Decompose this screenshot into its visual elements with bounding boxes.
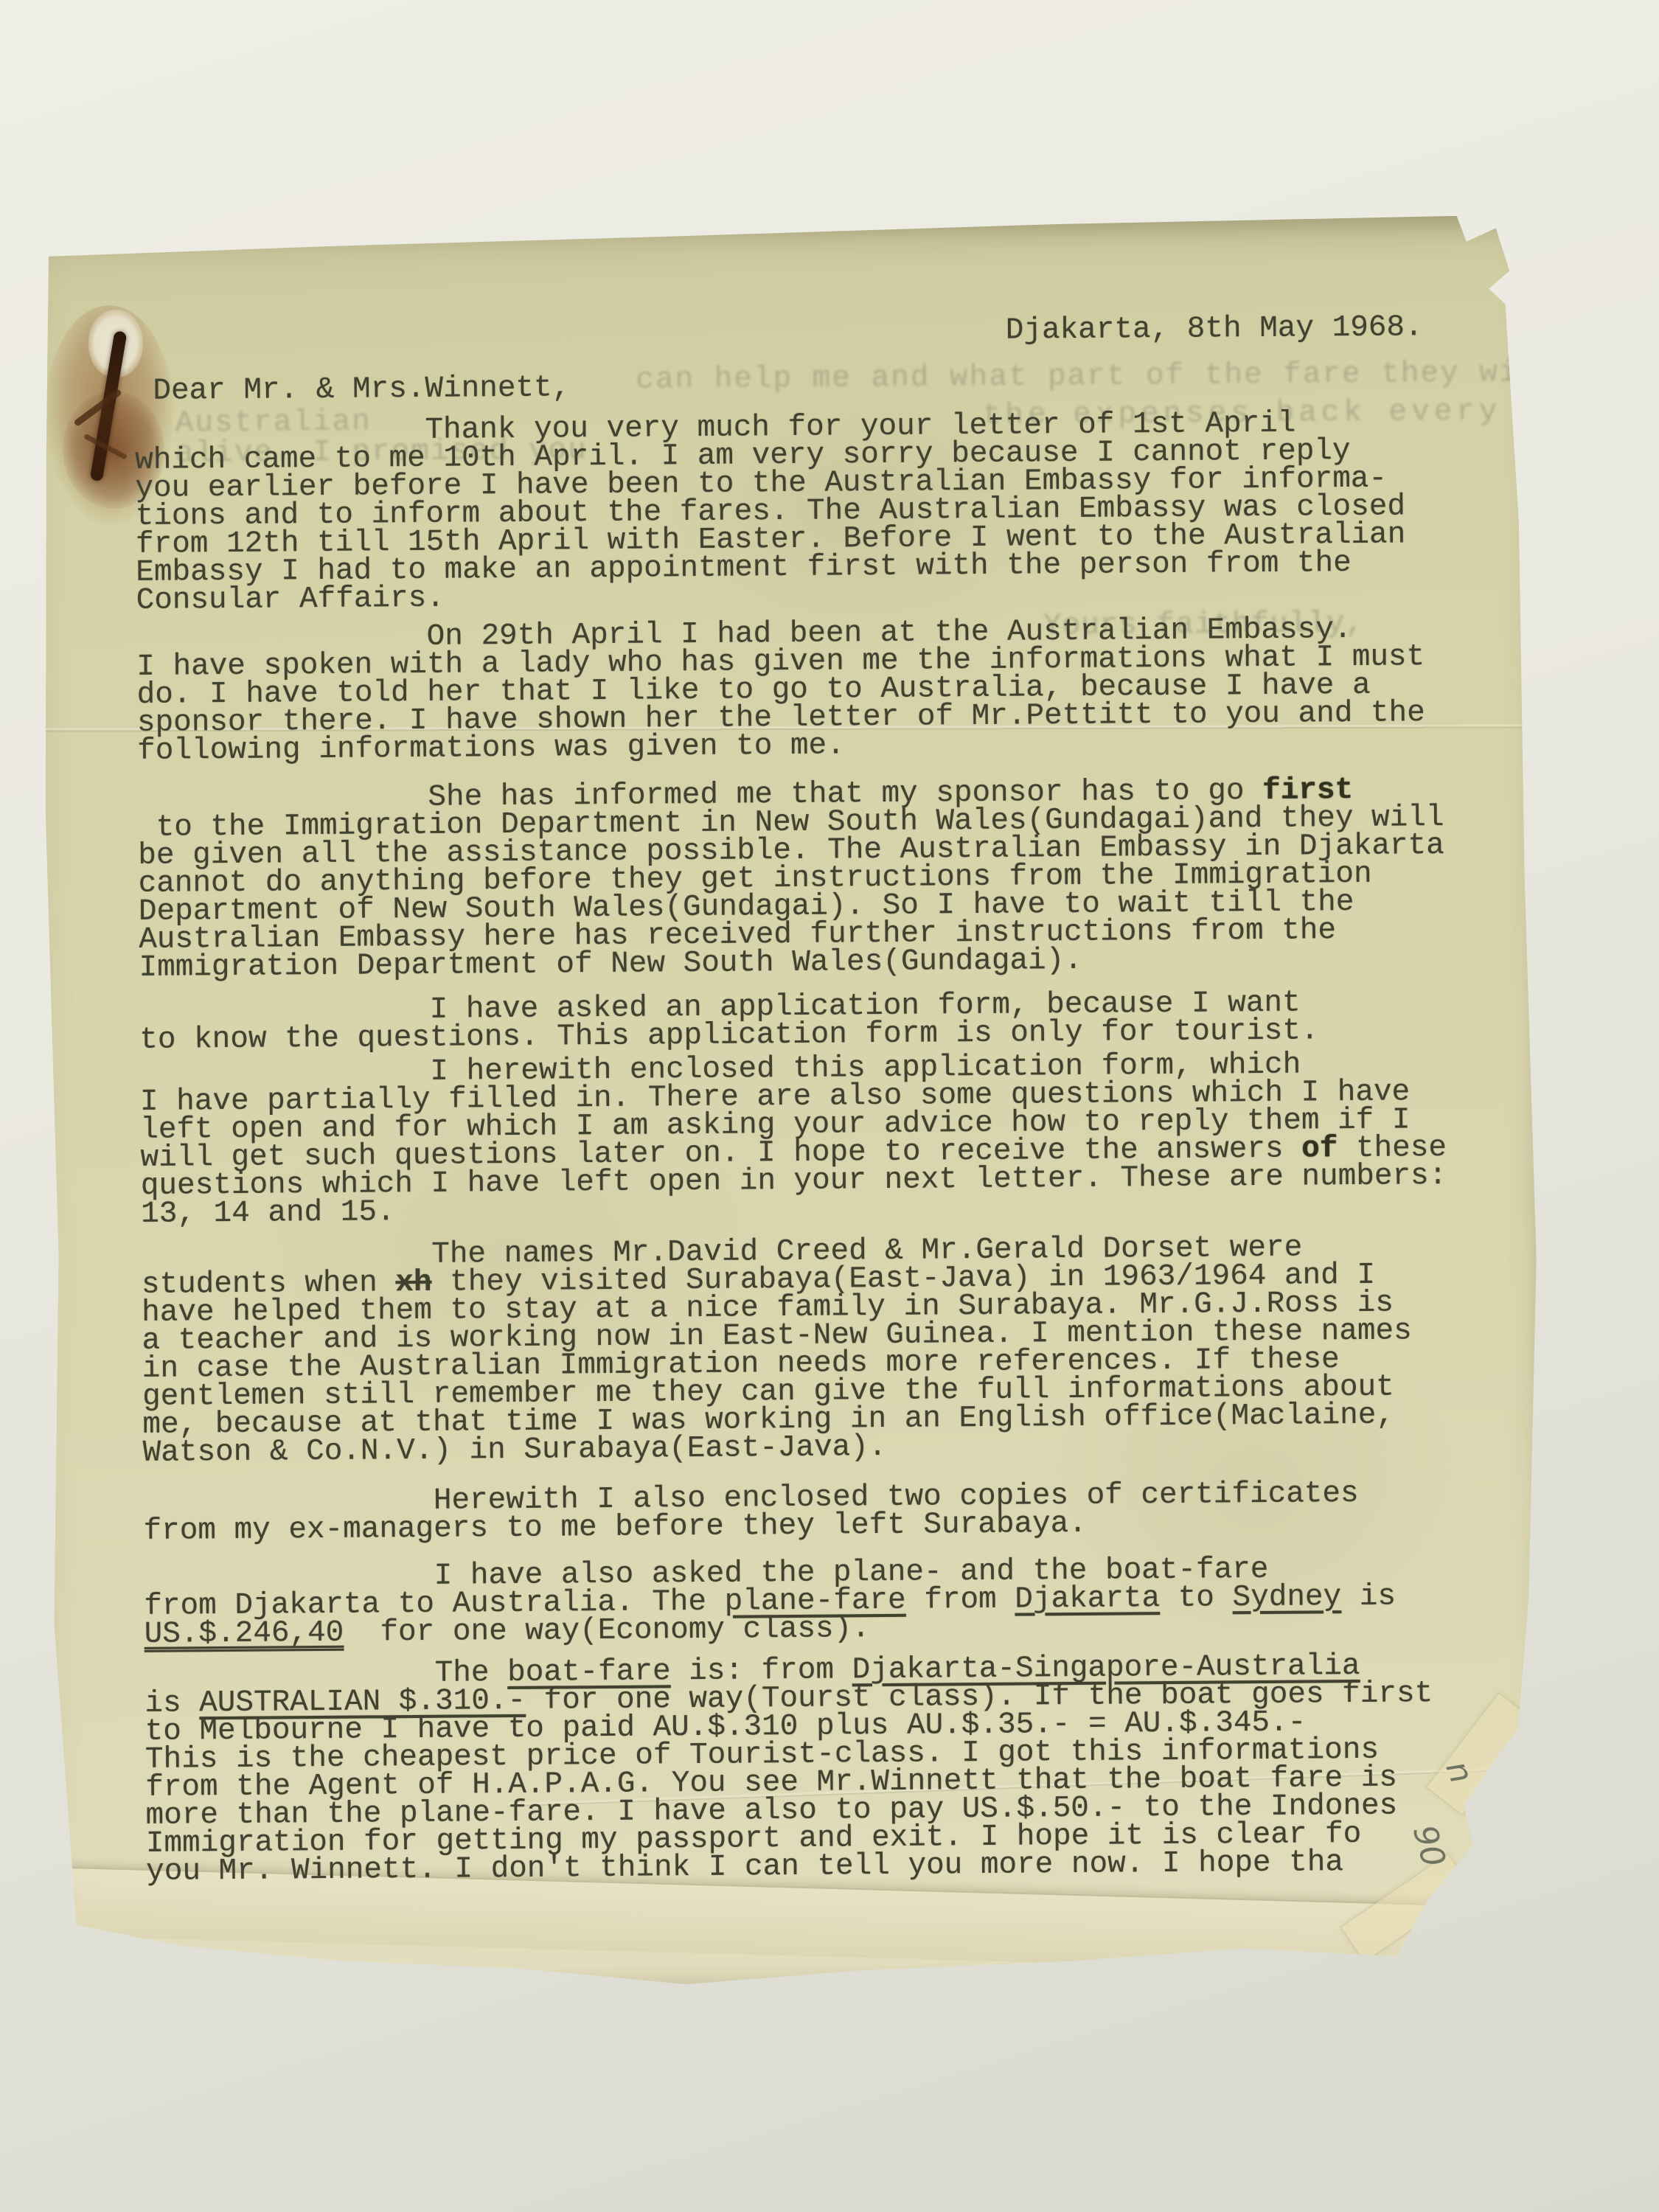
photo-background: { "letter": { "date_line": "Djakarta, 8t… (0, 0, 1659, 2212)
typed-line: following informations was given to me. (137, 726, 1538, 765)
typed-line: US.$.246,40 for one way(Economy class). (144, 1610, 1545, 1649)
paragraph: The names Mr.David Creed & Mr.Gerald Dor… (141, 1232, 1543, 1467)
paragraph: I herewith enclosed this application for… (140, 1049, 1543, 1228)
letter-paper: can help me and what part of the fare th… (23, 212, 1556, 1993)
paragraph: Herewith I also enclosed two copies of c… (143, 1478, 1545, 1545)
paragraph: On 29th April I had been at the Australi… (136, 614, 1538, 765)
burn-mark (23, 212, 1542, 223)
paragraph: The boat-fare is: from Djakarta-Singapor… (145, 1651, 1547, 1886)
typed-line: Immigration Department of New South Wale… (139, 943, 1540, 982)
typed-line: from my ex-managers to me before they le… (143, 1506, 1544, 1545)
pencil-marks-layer: n90 (23, 212, 1542, 223)
ghost-fragment: can help me and what part of the fare th… (636, 359, 1558, 394)
typed-line: to know the questions. This application … (139, 1015, 1540, 1054)
letter-body: Thank you very much for your letter of 1… (135, 408, 1548, 1886)
ghost-text-layer: can help me and what part of the fare th… (23, 212, 1542, 223)
typed-line: you Mr. Winnett. I don't think I can tel… (146, 1847, 1547, 1886)
paragraph: Thank you very much for your letter of 1… (135, 408, 1537, 615)
paragraph: I have asked an application form, becaus… (139, 987, 1541, 1054)
paragraph: I have also asked the plane- and the boa… (144, 1554, 1545, 1649)
paragraph: She has informed me that my sponsor has … (138, 775, 1540, 982)
date-line: Djakarta, 8th May 1968. (1006, 310, 1423, 347)
typed-line: Watson & Co.N.V.) in Surabaya(East-Java)… (143, 1428, 1544, 1467)
salutation: Dear Mr. & Mrs.Winnett, (153, 371, 570, 408)
